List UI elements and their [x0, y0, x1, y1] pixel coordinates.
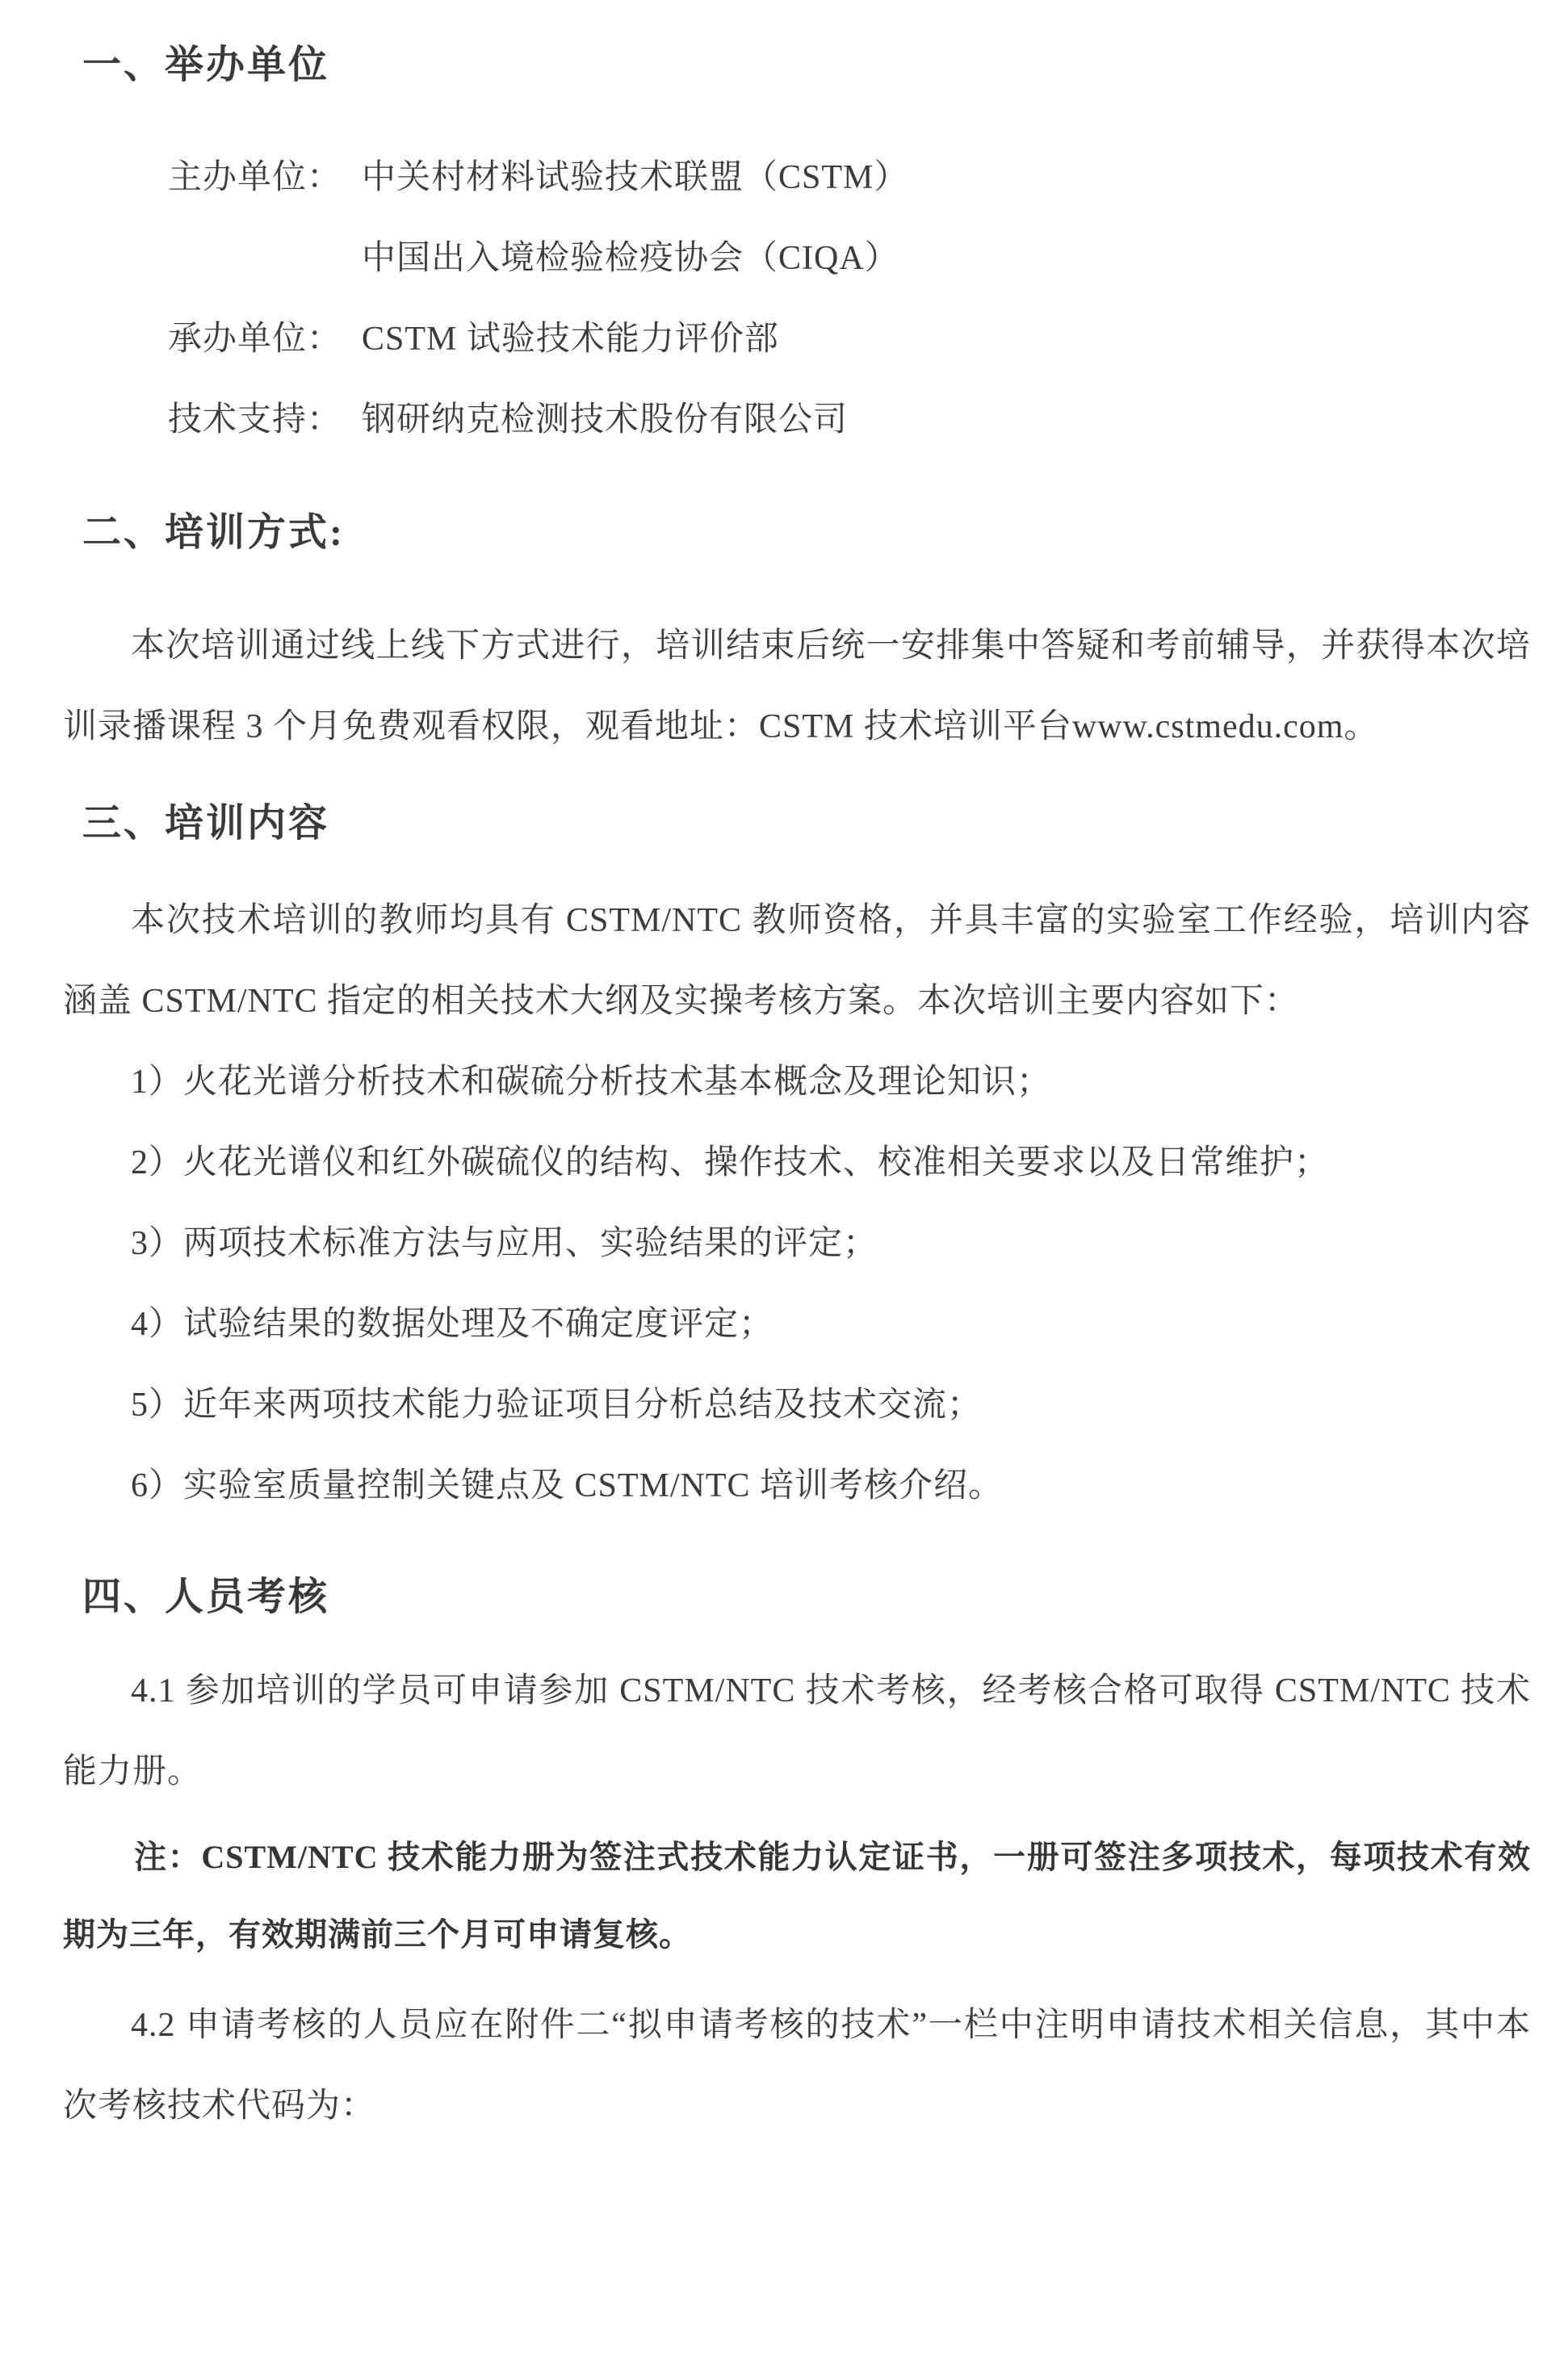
undertake-unit-label: 承办单位： [168, 299, 362, 380]
assessment-paragraph-4-2: 4.2 申请考核的人员应在附件二“拟申请考核的技术”一栏中注明申请技术相关信息，… [63, 1985, 1531, 2146]
section-organizers: 一、举办单位 主办单位：中关村材料试验技术联盟（CSTM） 中国出入境检验检疫协… [63, 39, 1531, 460]
host-unit-label: 主办单位： [168, 137, 362, 218]
host-unit-value-1: 中关村材料试验技术联盟（CSTM） [362, 159, 908, 196]
section-training-content: 三、培训内容 本次技术培训的教师均具有 CSTM/NTC 教师资格，并具丰富的实… [63, 797, 1531, 1526]
section-training-method: 二、培训方式: 本次培训通过线上线下方式进行，培训结束后统一安排集中答疑和考前辅… [63, 506, 1531, 767]
training-method-paragraph: 本次培训通过线上线下方式进行，培训结束后统一安排集中答疑和考前辅导，并获得本次培… [63, 606, 1531, 767]
training-content-list: 1）火花光谱分析技术和碳硫分析技术基本概念及理论知识； 2）火花光谱仪和红外碳硫… [63, 1042, 1531, 1526]
undertake-unit-row: 承办单位：CSTM 试验技术能力评价部 [168, 299, 1531, 380]
list-item-1: 1）火花光谱分析技术和碳硫分析技术基本概念及理论知识； [63, 1042, 1531, 1122]
tech-support-row: 技术支持：钢研纳克检测技术股份有限公司 [168, 380, 1531, 460]
list-item-4: 4）试验结果的数据处理及不确定度评定； [63, 1284, 1531, 1365]
host-unit-value-2: 中国出入境检验检疫协会（CIQA） [362, 240, 899, 277]
section-4-heading: 四、人员考核 [82, 1571, 1531, 1624]
list-item-2: 2）火花光谱仪和红外碳硫仪的结构、操作技术、校准相关要求以及日常维护； [63, 1122, 1531, 1203]
host-unit-row: 主办单位：中关村材料试验技术联盟（CSTM） [168, 137, 1531, 218]
section-personnel-assessment: 四、人员考核 4.1 参加培训的学员可申请参加 CSTM/NTC 技术考核，经考… [63, 1571, 1531, 2146]
section-1-heading: 一、举办单位 [82, 39, 1531, 92]
list-item-3: 3）两项技术标准方法与应用、实验结果的评定； [63, 1203, 1531, 1284]
document-page: 一、举办单位 主办单位：中关村材料试验技术联盟（CSTM） 中国出入境检验检疫协… [0, 0, 1568, 2354]
assessment-note: 注：CSTM/NTC 技术能力册为签注式技术能力认定证书，一册可签注多项技术，每… [63, 1819, 1531, 1974]
list-item-6: 6）实验室质量控制关键点及 CSTM/NTC 培训考核介绍。 [63, 1446, 1531, 1526]
training-content-paragraph: 本次技术培训的教师均具有 CSTM/NTC 教师资格，并具丰富的实验室工作经验，… [63, 880, 1531, 1042]
tech-support-value: 钢研纳克检测技术股份有限公司 [362, 401, 848, 438]
tech-support-label: 技术支持： [168, 380, 362, 460]
list-item-5: 5）近年来两项技术能力验证项目分析总结及技术交流； [63, 1365, 1531, 1446]
assessment-paragraph-4-1: 4.1 参加培训的学员可申请参加 CSTM/NTC 技术考核，经考核合格可取得 … [63, 1651, 1531, 1812]
undertake-unit-value: CSTM 试验技术能力评价部 [362, 321, 779, 358]
section-3-heading: 三、培训内容 [82, 797, 1531, 850]
section-2-heading: 二、培训方式: [82, 506, 1531, 560]
host-unit-row-2: 中国出入境检验检疫协会（CIQA） [168, 218, 1531, 299]
organizer-list: 主办单位：中关村材料试验技术联盟（CSTM） 中国出入境检验检疫协会（CIQA）… [63, 137, 1531, 460]
